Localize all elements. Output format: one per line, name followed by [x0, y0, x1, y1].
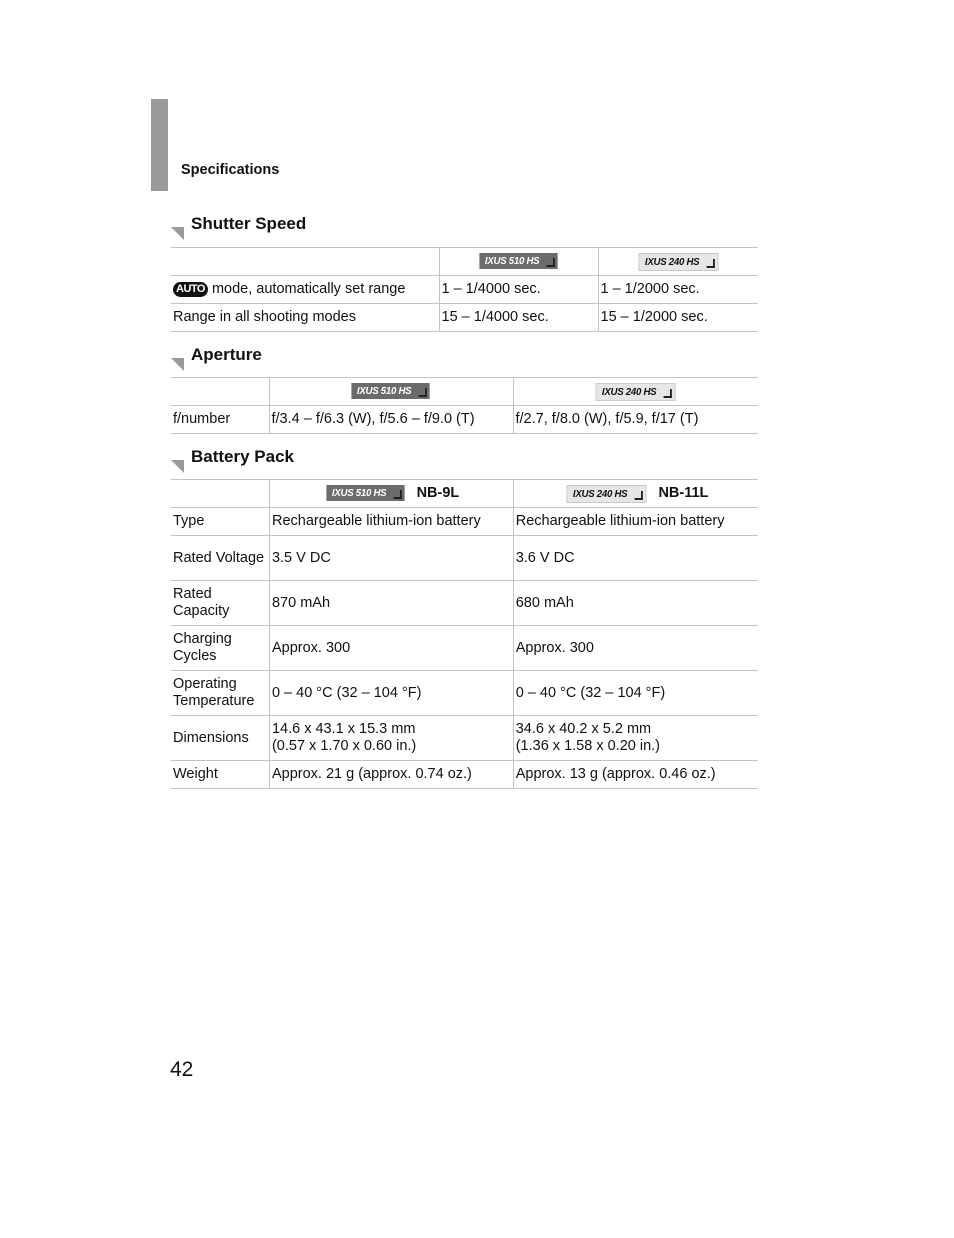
row-label: Charging Cycles: [171, 626, 269, 671]
section-title-battery-pack: Battery Pack: [171, 447, 294, 467]
auto-mode-icon: AUTO: [173, 282, 208, 297]
value-model-a: Approx. 21 g (approx. 0.74 oz.): [269, 761, 513, 789]
value-model-a: 14.6 x 43.1 x 15.3 mm (0.57 x 1.70 x 0.6…: [269, 716, 513, 761]
model-badge-ixus-510: IXUS 510 HS: [352, 383, 430, 399]
header-model-b: IXUS 240 HS: [598, 248, 758, 276]
row-label: Dimensions: [171, 716, 269, 761]
value-model-b: f/2.7, f/8.0 (W), f/5.9, f/17 (T): [513, 406, 758, 434]
value-model-a: Approx. 300: [269, 626, 513, 671]
chapter-tab-bar: [151, 99, 168, 191]
section-title-text: Shutter Speed: [191, 214, 306, 234]
table-row: Dimensions14.6 x 43.1 x 15.3 mm (0.57 x …: [171, 716, 758, 761]
model-badge-ixus-510: IXUS 510 HS: [327, 485, 405, 501]
value-model-b: Approx. 300: [513, 626, 758, 671]
table-row: Range in all shooting modes 15 – 1/4000 …: [171, 304, 758, 332]
running-title: Specifications: [181, 162, 279, 178]
header-model-b: IXUS 240 HS: [513, 378, 758, 406]
value-model-a: 15 – 1/4000 sec.: [439, 304, 598, 332]
section-marker-icon: [171, 358, 184, 371]
value-model-b: 34.6 x 40.2 x 5.2 mm (1.36 x 1.58 x 0.20…: [513, 716, 758, 761]
page-number: 42: [170, 1058, 193, 1082]
section-title-aperture: Aperture: [171, 345, 262, 365]
shutter-speed-table: IXUS 510 HS IXUS 240 HS AUTOmode, automa…: [171, 247, 758, 332]
value-model-a: 870 mAh: [269, 581, 513, 626]
model-badge-ixus-510: IXUS 510 HS: [479, 253, 557, 269]
value-model-b: 3.6 V DC: [513, 536, 758, 581]
battery-model-b: NB-11L: [658, 485, 708, 501]
value-model-b: Rechargeable lithium-ion battery: [513, 508, 758, 536]
section-marker-icon: [171, 460, 184, 473]
header-empty-cell: [171, 248, 439, 276]
table-header-row: IXUS 510 HS IXUS 240 HS: [171, 378, 758, 406]
row-label: Type: [171, 508, 269, 536]
table-row: Rated Voltage3.5 V DC3.6 V DC: [171, 536, 758, 581]
header-empty-cell: [171, 378, 269, 406]
header-model-a: IXUS 510 HSNB-9L: [269, 480, 513, 508]
row-label: Operating Temperature: [171, 671, 269, 716]
value-model-a: Rechargeable lithium-ion battery: [269, 508, 513, 536]
section-marker-icon: [171, 227, 184, 240]
table-row: Charging CyclesApprox. 300Approx. 300: [171, 626, 758, 671]
header-model-a: IXUS 510 HS: [269, 378, 513, 406]
model-badge-ixus-240: IXUS 240 HS: [596, 383, 676, 401]
value-model-b: Approx. 13 g (approx. 0.46 oz.): [513, 761, 758, 789]
value-model-b: 0 – 40 °C (32 – 104 °F): [513, 671, 758, 716]
row-label: AUTOmode, automatically set range: [171, 276, 439, 304]
value-model-a: 1 – 1/4000 sec.: [439, 276, 598, 304]
row-label: Weight: [171, 761, 269, 789]
battery-pack-table: IXUS 510 HSNB-9L IXUS 240 HSNB-11L TypeR…: [171, 479, 758, 789]
header-empty-cell: [171, 480, 269, 508]
section-title-shutter-speed: Shutter Speed: [171, 214, 306, 234]
row-label: f/number: [171, 406, 269, 434]
table-row: WeightApprox. 21 g (approx. 0.74 oz.)App…: [171, 761, 758, 789]
row-label-text: mode, automatically set range: [212, 281, 405, 297]
row-label: Rated Capacity: [171, 581, 269, 626]
value-model-b: 680 mAh: [513, 581, 758, 626]
model-badge-ixus-240: IXUS 240 HS: [567, 485, 647, 503]
table-row: AUTOmode, automatically set range 1 – 1/…: [171, 276, 758, 304]
value-model-b: 1 – 1/2000 sec.: [598, 276, 758, 304]
table-row: f/number f/3.4 – f/6.3 (W), f/5.6 – f/9.…: [171, 406, 758, 434]
table-row: Rated Capacity870 mAh680 mAh: [171, 581, 758, 626]
value-model-b: 15 – 1/2000 sec.: [598, 304, 758, 332]
section-title-text: Aperture: [191, 345, 262, 365]
section-title-text: Battery Pack: [191, 447, 294, 467]
value-model-a: f/3.4 – f/6.3 (W), f/5.6 – f/9.0 (T): [269, 406, 513, 434]
model-badge-ixus-240: IXUS 240 HS: [638, 253, 718, 271]
table-row: TypeRechargeable lithium-ion batteryRech…: [171, 508, 758, 536]
header-model-b: IXUS 240 HSNB-11L: [513, 480, 758, 508]
header-model-a: IXUS 510 HS: [439, 248, 598, 276]
aperture-table: IXUS 510 HS IXUS 240 HS f/number f/3.4 –…: [171, 377, 758, 434]
table-header-row: IXUS 510 HS IXUS 240 HS: [171, 248, 758, 276]
value-model-a: 0 – 40 °C (32 – 104 °F): [269, 671, 513, 716]
row-label: Range in all shooting modes: [171, 304, 439, 332]
row-label: Rated Voltage: [171, 536, 269, 581]
value-model-a: 3.5 V DC: [269, 536, 513, 581]
table-header-row: IXUS 510 HSNB-9L IXUS 240 HSNB-11L: [171, 480, 758, 508]
battery-model-a: NB-9L: [417, 485, 460, 501]
table-row: Operating Temperature0 – 40 °C (32 – 104…: [171, 671, 758, 716]
